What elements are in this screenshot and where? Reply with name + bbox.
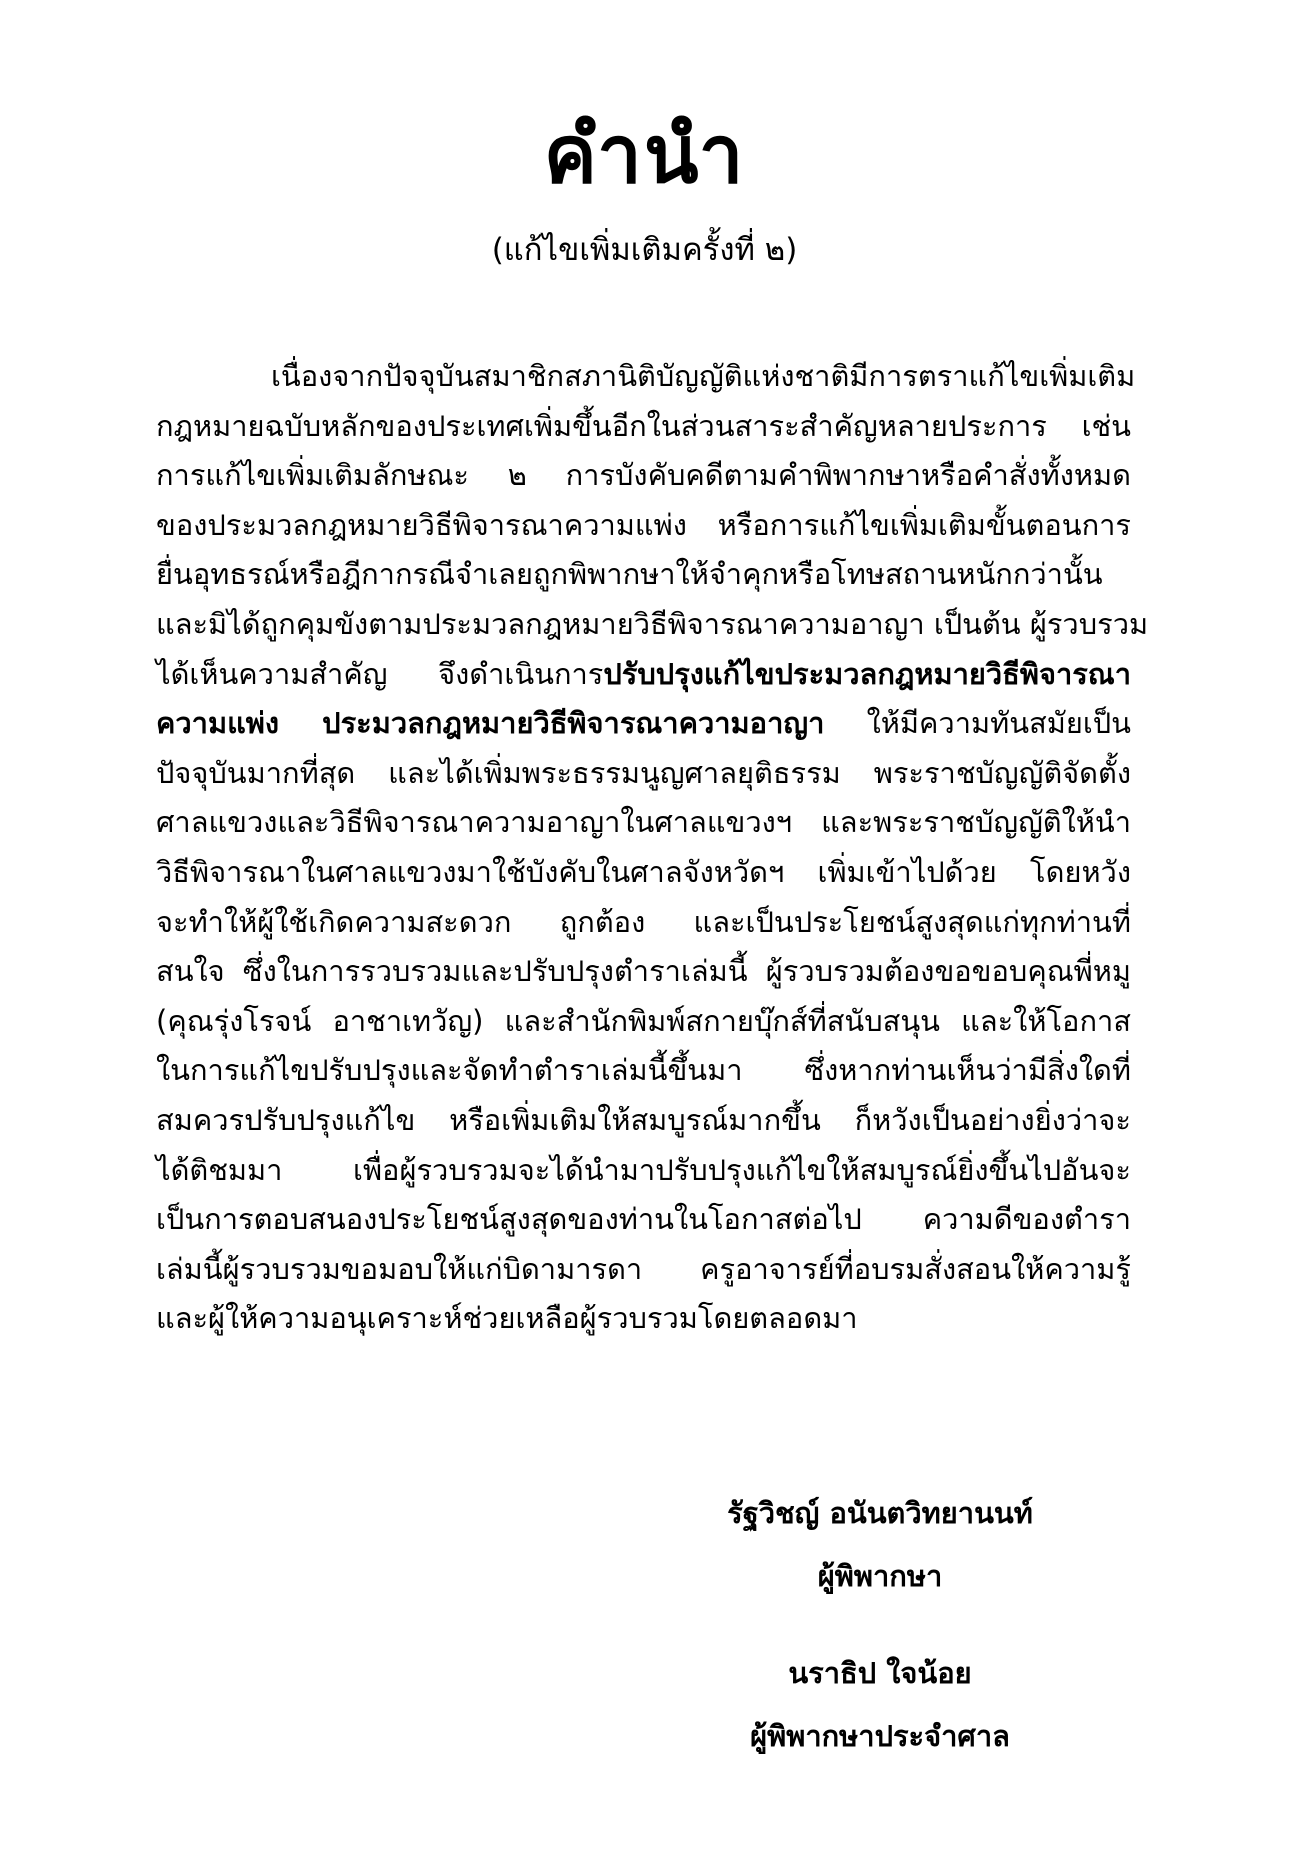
body-line: และมิได้ถูกคุมขังตามประมวลกฎหมายวิธีพิจา… (156, 600, 1131, 650)
body-line: ได้ติชมมา เพื่อผู้รวบรวมจะได้นำมาปรับปรุ… (156, 1146, 1131, 1196)
body-text-normal: ได้เห็นความสำคัญ จึงดำเนินการ (156, 657, 603, 691)
document-page: คำนำ (แก้ไขเพิ่มเติมครั้งที่ ๒) เนื่องจา… (0, 0, 1289, 1867)
body-line: ได้เห็นความสำคัญ จึงดำเนินการปรับปรุงแก้… (156, 650, 1131, 700)
signature-role: ผู้พิพากษา (680, 1553, 1080, 1599)
body-line: เป็นการตอบสนองประโยชน์สูงสุดของท่านในโอก… (156, 1195, 1131, 1245)
preface-body: เนื่องจากปัจจุบันสมาชิกสภานิติบัญญัติแห่… (156, 352, 1131, 1344)
body-line: ในการแก้ไขปรับปรุงและจัดทำตำราเล่มนี้ขึ้… (156, 1046, 1131, 1096)
signature-name: รัฐวิชญ์ อนันตวิทยานนท์ (680, 1490, 1080, 1536)
body-text-bold: ปรับปรุงแก้ไขประมวลกฎหมายวิธีพิจารณา (603, 657, 1131, 691)
body-text-normal: ให้มีความทันสมัยเป็น (824, 706, 1131, 740)
body-line: เล่มนี้ผู้รวบรวมขอมอบให้แก่บิดามารดา ครู… (156, 1245, 1131, 1295)
page-title: คำนำ (0, 105, 1289, 205)
body-line: ยื่นอุทธรณ์หรือฎีกากรณีจำเลยถูกพิพากษาให… (156, 550, 1131, 600)
body-line: ศาลแขวงและวิธีพิจารณาความอาญาในศาลแขวงฯ … (156, 798, 1131, 848)
body-line: (คุณรุ่งโรจน์ อาชาเทวัญ) และสำนักพิมพ์สก… (156, 997, 1131, 1047)
body-line: วิธีพิจารณาในศาลแขวงมาใช้บังคับในศาลจังห… (156, 848, 1131, 898)
body-line: ปัจจุบันมากที่สุด และได้เพิ่มพระธรรมนูญศ… (156, 749, 1131, 799)
page-subtitle: (แก้ไขเพิ่มเติมครั้งที่ ๒) (0, 228, 1289, 272)
signature-name: นราธิป ใจน้อย (680, 1650, 1080, 1696)
body-line: การแก้ไขเพิ่มเติมลักษณะ ๒ การบังคับคดีตา… (156, 451, 1131, 501)
body-line: และผู้ให้ความอนุเคราะห์ช่วยเหลือผู้รวบรว… (156, 1294, 1131, 1344)
body-line: กฎหมายฉบับหลักของประเทศเพิ่มขึ้นอีกในส่ว… (156, 402, 1131, 452)
body-line: สมควรปรับปรุงแก้ไข หรือเพิ่มเติมให้สมบูร… (156, 1096, 1131, 1146)
body-line: เนื่องจากปัจจุบันสมาชิกสภานิติบัญญัติแห่… (156, 352, 1131, 402)
body-line: ความแพ่ง ประมวลกฎหมายวิธีพิจารณาความอาญา… (156, 699, 1131, 749)
signature-role: ผู้พิพากษาประจำศาล (680, 1713, 1080, 1759)
body-text-bold: ความแพ่ง ประมวลกฎหมายวิธีพิจารณาความอาญา (156, 706, 824, 740)
body-line: สนใจ ซึ่งในการรวบรวมและปรับปรุงตำราเล่มน… (156, 947, 1131, 997)
body-line: จะทำให้ผู้ใช้เกิดความสะดวก ถูกต้อง และเป… (156, 898, 1131, 948)
body-line: ของประมวลกฎหมายวิธีพิจารณาความแพ่ง หรือก… (156, 501, 1131, 551)
